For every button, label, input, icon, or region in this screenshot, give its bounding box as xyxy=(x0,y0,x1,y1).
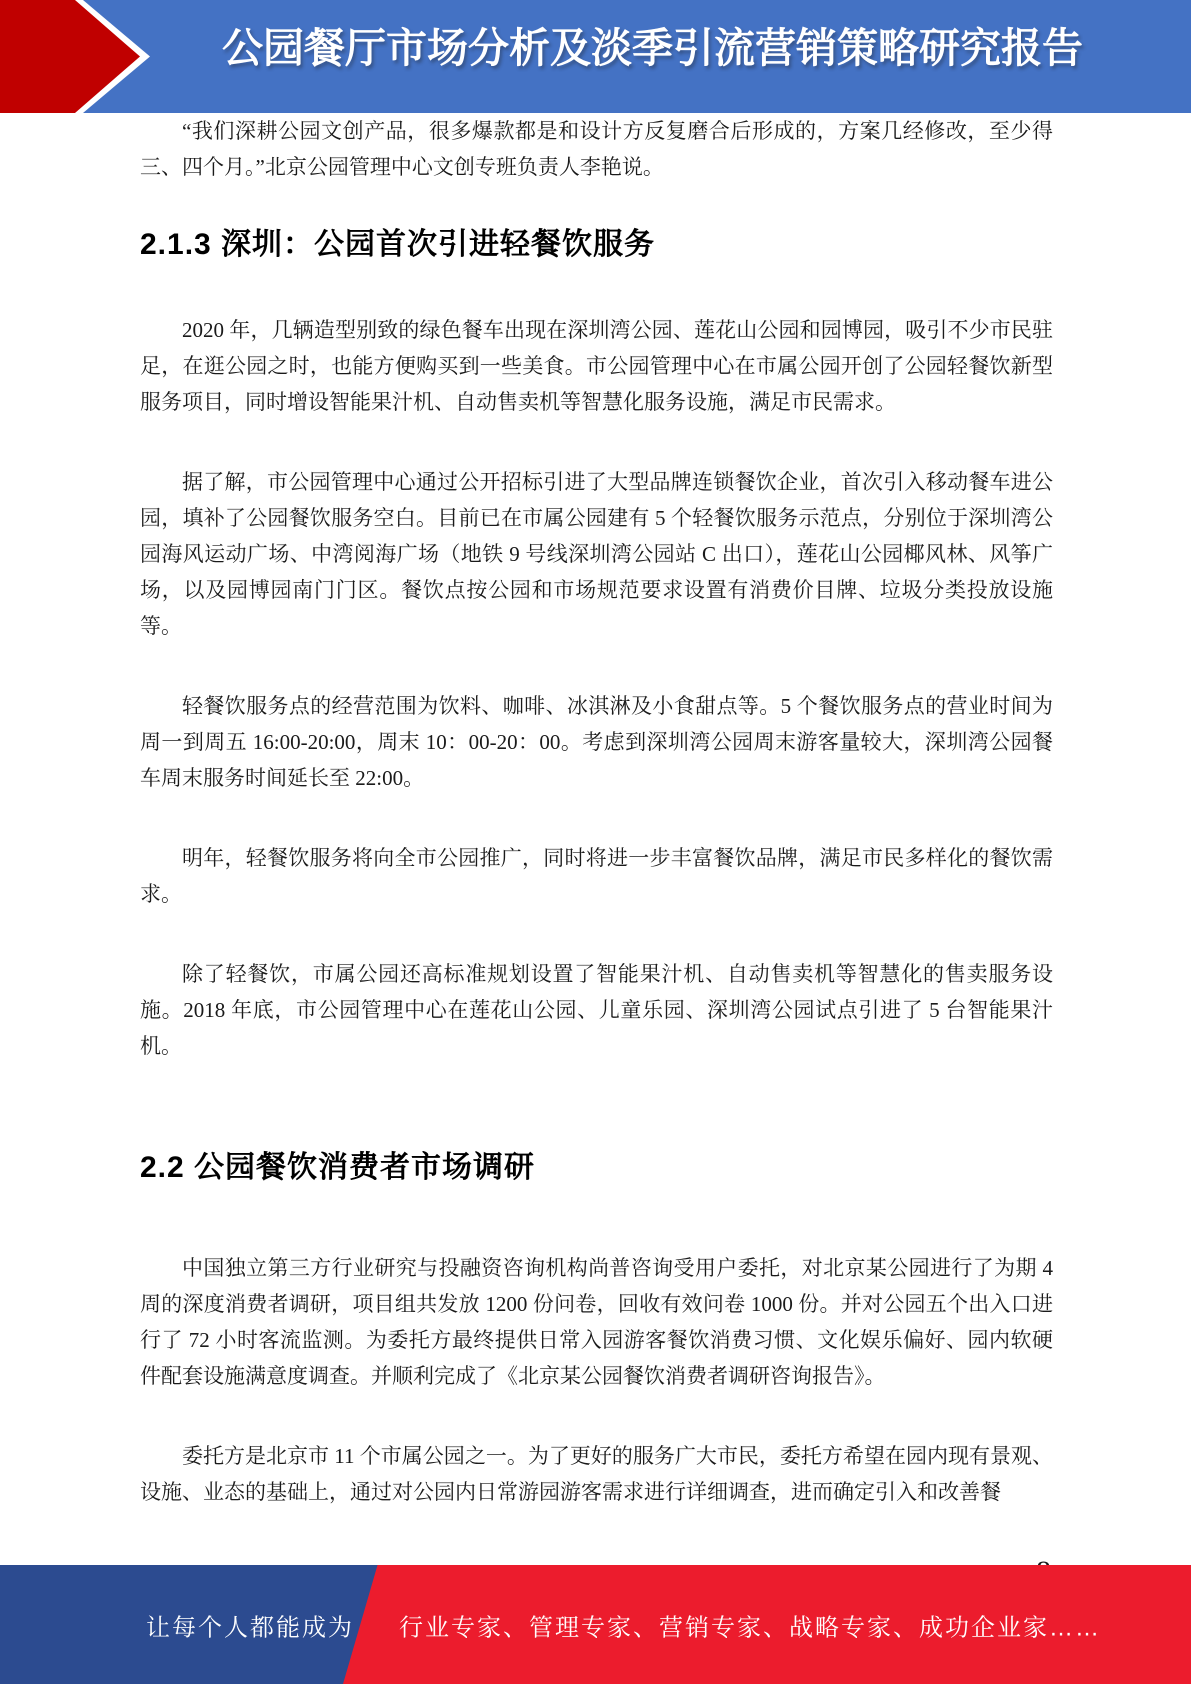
paragraph: “我们深耕公园文创产品，很多爆款都是和设计方反复磨合后形成的，方案几经修改，至少… xyxy=(140,113,1053,185)
page-header: 公园餐厅市场分析及淡季引流营销策略研究报告 xyxy=(0,0,1191,113)
paragraph: 除了轻餐饮，市属公园还高标准规划设置了智能果汁机、自动售卖机等智慧化的售卖服务设… xyxy=(140,956,1053,1064)
paragraph: 明年，轻餐饮服务将向全市公园推广，同时将进一步丰富餐饮品牌，满足市民多样化的餐饮… xyxy=(140,840,1053,912)
paragraph: 委托方是北京市 11 个市属公园之一。为了更好的服务广大市民，委托方希望在园内现… xyxy=(140,1438,1053,1510)
paragraph: 据了解，市公园管理中心通过公开招标引进了大型品牌连锁餐饮企业，首次引入移动餐车进… xyxy=(140,464,1053,644)
footer-slogan-left: 让每个人都能成为 xyxy=(146,1607,354,1642)
document-page: 公园餐厅市场分析及淡季引流营销策略研究报告 “我们深耕公园文创产品，很多爆款都是… xyxy=(0,0,1191,1684)
paragraph: 2020 年，几辆造型别致的绿色餐车出现在深圳湾公园、莲花山公园和园博园，吸引不… xyxy=(140,312,1053,420)
section-heading: 2.1.3 深圳：公园首次引进轻餐饮服务 xyxy=(140,223,1053,267)
report-title: 公园餐厅市场分析及淡季引流营销策略研究报告 xyxy=(222,24,1083,73)
paragraph: 中国独立第三方行业研究与投融资咨询机构尚普咨询受用户委托，对北京某公园进行了为期… xyxy=(140,1250,1053,1394)
document-body: “我们深耕公园文创产品，很多爆款都是和设计方反复磨合后形成的，方案几经修改，至少… xyxy=(0,113,1191,1510)
page-footer: 让每个人都能成为 行业专家、管理专家、营销专家、战略专家、成功企业家…… xyxy=(0,1565,1191,1684)
footer-slogan-right: 行业专家、管理专家、营销专家、战略专家、成功企业家…… xyxy=(399,1607,1101,1642)
section-heading: 2.2 公园餐饮消费者市场调研 xyxy=(140,1146,1053,1190)
header-arrow-icon xyxy=(0,0,162,113)
paragraph: 轻餐饮服务点的经营范围为饮料、咖啡、冰淇淋及小食甜点等。5 个餐饮服务点的营业时… xyxy=(140,688,1053,796)
